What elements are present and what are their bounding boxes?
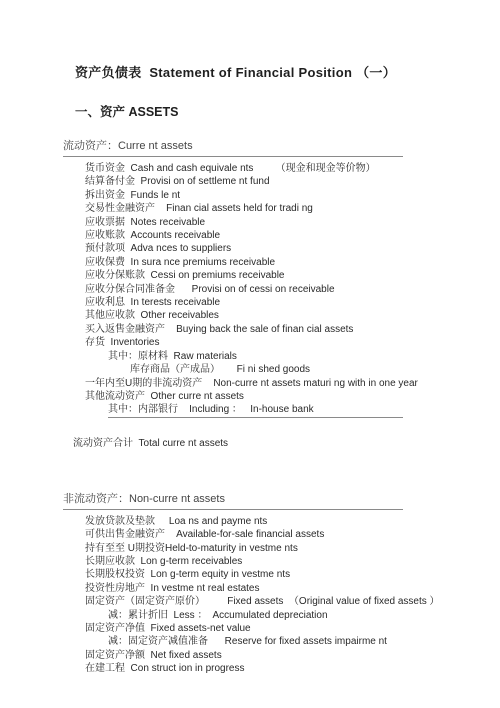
current-assets-list: 货币资金 Cash and cash equivale nts （现金和现金等价… <box>63 162 403 418</box>
list-item: 在建工程 Con struct ion in progress <box>85 662 403 675</box>
list-item: 其他流动资产 Other curre nt assets <box>85 390 403 403</box>
list-item: 固定资产净值 Fixed assets-net value <box>85 622 403 635</box>
list-item: 存货 Inventories <box>85 336 403 349</box>
list-item: 应收分保合同准备金 Provisi on of cessi on receiva… <box>85 283 403 296</box>
list-item: 长期应收款 Lon g-term receivables <box>85 555 403 568</box>
list-item: 买入返售金融资产 Buying back the sale of finan c… <box>85 323 403 336</box>
list-item: 持有至至 U期投资Held-to-maturity in vestme nts <box>85 542 403 555</box>
list-item: 应收利息 In terests receivable <box>85 296 403 309</box>
list-item: 减：固定资产减值准备 Reserve for fixed assets impa… <box>108 635 403 648</box>
list-item: 应收分保账款 Cessi on premiums receivable <box>85 269 403 282</box>
current-assets-header: 流动资产：Curre nt assets <box>63 137 403 157</box>
current-assets-section: 流动资产：Curre nt assets 货币资金 Cash and cash … <box>63 137 403 449</box>
list-item: 固定资产（固定资产原价） Fixed assets （Original valu… <box>85 595 403 608</box>
list-item: 其他应收款 Other receivables <box>85 309 403 322</box>
list-item: 长期股权投资 Lon g-term equity in vestme nts <box>85 568 403 581</box>
noncurrent-assets-list: 发放贷款及垫款 Loa ns and payme nts可供出售金融资产 Ava… <box>63 515 403 676</box>
list-item: 货币资金 Cash and cash equivale nts （现金和现金等价… <box>85 162 403 175</box>
list-item: 拆出资金 Funds le nt <box>85 189 403 202</box>
list-item: 投资性房地产 In vestme nt real estates <box>85 582 403 595</box>
list-item: 一年内至U期的非流动资产 Non-curre nt assets maturi … <box>85 377 403 390</box>
list-item: 交易性金融资产 Finan cial assets held for tradi… <box>85 202 403 215</box>
list-item: 其中：内部银行 Including ： In-house bank <box>108 403 403 417</box>
list-item: 发放贷款及垫款 Loa ns and payme nts <box>85 515 403 528</box>
list-item: 减：累计折旧 Less ： Accumulated depreciation <box>108 609 403 622</box>
noncurrent-assets-header: 非流动资产：Non-curre nt assets <box>63 490 403 510</box>
list-item: 可供出售金融资产 Available-for-sale financial as… <box>85 528 403 541</box>
list-item: 固定资产净额 Net fixed assets <box>85 649 403 662</box>
list-item: 库存商品（产成品） Fi ni shed goods <box>130 363 403 376</box>
document-page: 资产负债表 Statement of Financial Position （一… <box>0 0 500 708</box>
page-title: 资产负债表 Statement of Financial Position （一… <box>75 62 403 81</box>
list-item: 结算备付金 Provisi on of settleme nt fund <box>85 175 403 188</box>
document-content: 资产负债表 Statement of Financial Position （一… <box>63 62 403 676</box>
list-item: 应收账款 Accounts receivable <box>85 229 403 242</box>
list-item: 其中：原材料 Raw materials <box>108 350 403 363</box>
current-assets-total: 流动资产合计 Total curre nt assets <box>73 434 403 449</box>
list-item: 应收保费 In sura nce premiums receivable <box>85 256 403 269</box>
noncurrent-assets-section: 非流动资产：Non-curre nt assets 发放贷款及垫款 Loa ns… <box>63 490 403 676</box>
list-item: 预付款项 Adva nces to suppliers <box>85 242 403 255</box>
section-heading-assets: 一、资产 ASSETS <box>75 102 403 120</box>
list-item: 应收票据 Notes receivable <box>85 216 403 229</box>
